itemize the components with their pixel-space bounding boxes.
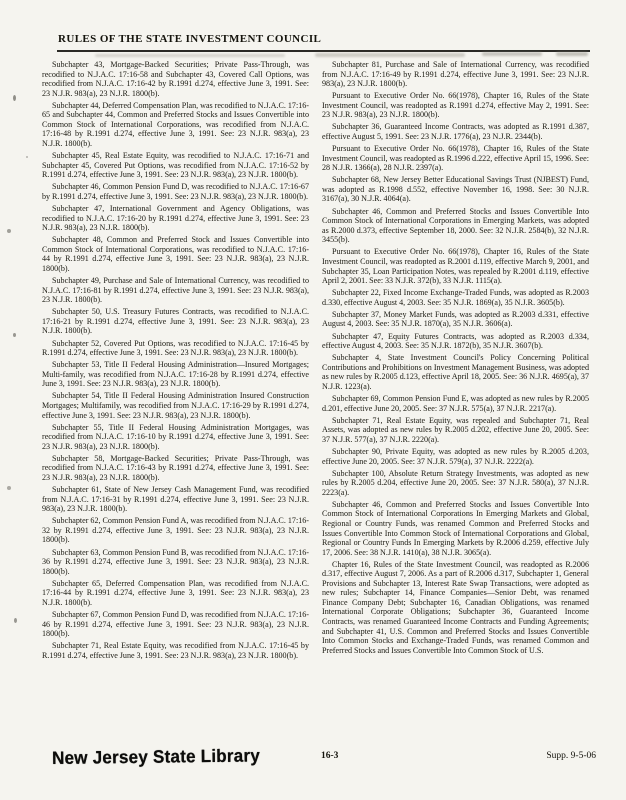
history-paragraph: Subchapter 67, Common Pension Fund D, wa… (42, 610, 309, 639)
history-paragraph: Subchapter 81, Purchase and Sale of Inte… (322, 60, 589, 89)
history-paragraph: Subchapter 44, Deferred Compensation Pla… (42, 101, 309, 149)
history-paragraph: Subchapter 52, Covered Put Options, was … (42, 339, 309, 358)
history-paragraph: Subchapter 65, Deferred Compensation Pla… (42, 579, 309, 608)
history-paragraph: Subchapter 54, Title II Federal Housing … (42, 391, 309, 420)
history-paragraph: Chapter 16, Rules of the State Investmen… (322, 560, 589, 655)
two-column-body: Subchapter 43, Mortgage-Backed Securitie… (42, 60, 590, 663)
document-page: RULES OF THE STATE INVESTMENT COUNCIL Su… (0, 0, 626, 800)
ink-bleed-mark (315, 53, 465, 57)
page-title: RULES OF THE STATE INVESTMENT COUNCIL (58, 33, 321, 45)
history-paragraph: Pursuant to Executive Order No. 66(1978)… (322, 247, 589, 285)
scan-speck (14, 618, 17, 623)
history-paragraph: Subchapter 61, State of New Jersey Cash … (42, 485, 309, 514)
history-paragraph: Subchapter 71, Real Estate Equity, was r… (42, 641, 309, 660)
history-paragraph: Subchapter 37, Money Market Funds, was a… (322, 310, 589, 329)
history-paragraph: Pursuant to Executive Order No. 66(1978)… (322, 91, 589, 120)
history-paragraph: Subchapter 63, Common Pension Fund B, wa… (42, 548, 309, 577)
history-paragraph: Subchapter 22, Fixed Income Exchange-Tra… (322, 288, 589, 307)
history-paragraph: Subchapter 48, Common and Preferred Stoc… (42, 235, 309, 273)
history-paragraph: Pursuant to Executive Order No. 66(1978)… (322, 144, 589, 173)
history-paragraph: Subchapter 50, U.S. Treasury Futures Con… (42, 307, 309, 336)
ink-bleed-mark (556, 52, 588, 56)
scan-speck (26, 156, 28, 158)
history-paragraph: Subchapter 100, Absolute Return Strategy… (322, 469, 589, 498)
history-paragraph: Subchapter 90, Private Equity, was adopt… (322, 447, 589, 466)
history-paragraph: Subchapter 68, New Jersey Better Educati… (322, 175, 589, 204)
ink-bleed-mark (482, 52, 542, 56)
scan-speck (13, 333, 16, 337)
history-paragraph: Subchapter 47, Equity Futures Contracts,… (322, 332, 589, 351)
page-number: 16-3 (321, 751, 338, 761)
history-paragraph: Subchapter 69, Common Pension Fund E, wa… (322, 394, 589, 413)
scan-speck (7, 229, 11, 233)
right-column: Subchapter 81, Purchase and Sale of Inte… (322, 60, 589, 663)
history-paragraph: Subchapter 47, International Government … (42, 204, 309, 233)
history-paragraph: Subchapter 43, Mortgage-Backed Securitie… (42, 60, 309, 98)
history-paragraph: Subchapter 46, Common Pension Fund D, wa… (42, 182, 309, 201)
scan-speck (13, 95, 16, 101)
history-paragraph: Subchapter 46, Common and Preferred Stoc… (322, 500, 589, 557)
history-paragraph: Subchapter 49, Purchase and Sale of Inte… (42, 276, 309, 305)
supplement-date: Supp. 9-5-06 (546, 751, 596, 761)
scan-speck (7, 486, 11, 490)
library-stamp: New Jersey State Library (52, 745, 260, 769)
history-paragraph: Subchapter 46, Common and Preferred Stoc… (322, 207, 589, 245)
history-paragraph: Subchapter 58, Mortgage-Backed Securitie… (42, 454, 309, 483)
history-paragraph: Subchapter 62, Common Pension Fund A, wa… (42, 516, 309, 545)
history-paragraph: Subchapter 55, Title II Federal Housing … (42, 423, 309, 452)
ink-bleed-mark (95, 54, 285, 57)
history-paragraph: Subchapter 45, Real Estate Equity, was r… (42, 151, 309, 180)
history-paragraph: Subchapter 36, Guaranteed Income Contrac… (322, 122, 589, 141)
left-column: Subchapter 43, Mortgage-Backed Securitie… (42, 60, 309, 663)
history-paragraph: Subchapter 53, Title II Federal Housing … (42, 360, 309, 389)
history-paragraph: Subchapter 4, State Investment Council's… (322, 353, 589, 391)
history-paragraph: Subchapter 71, Real Estate Equity, was r… (322, 416, 589, 445)
